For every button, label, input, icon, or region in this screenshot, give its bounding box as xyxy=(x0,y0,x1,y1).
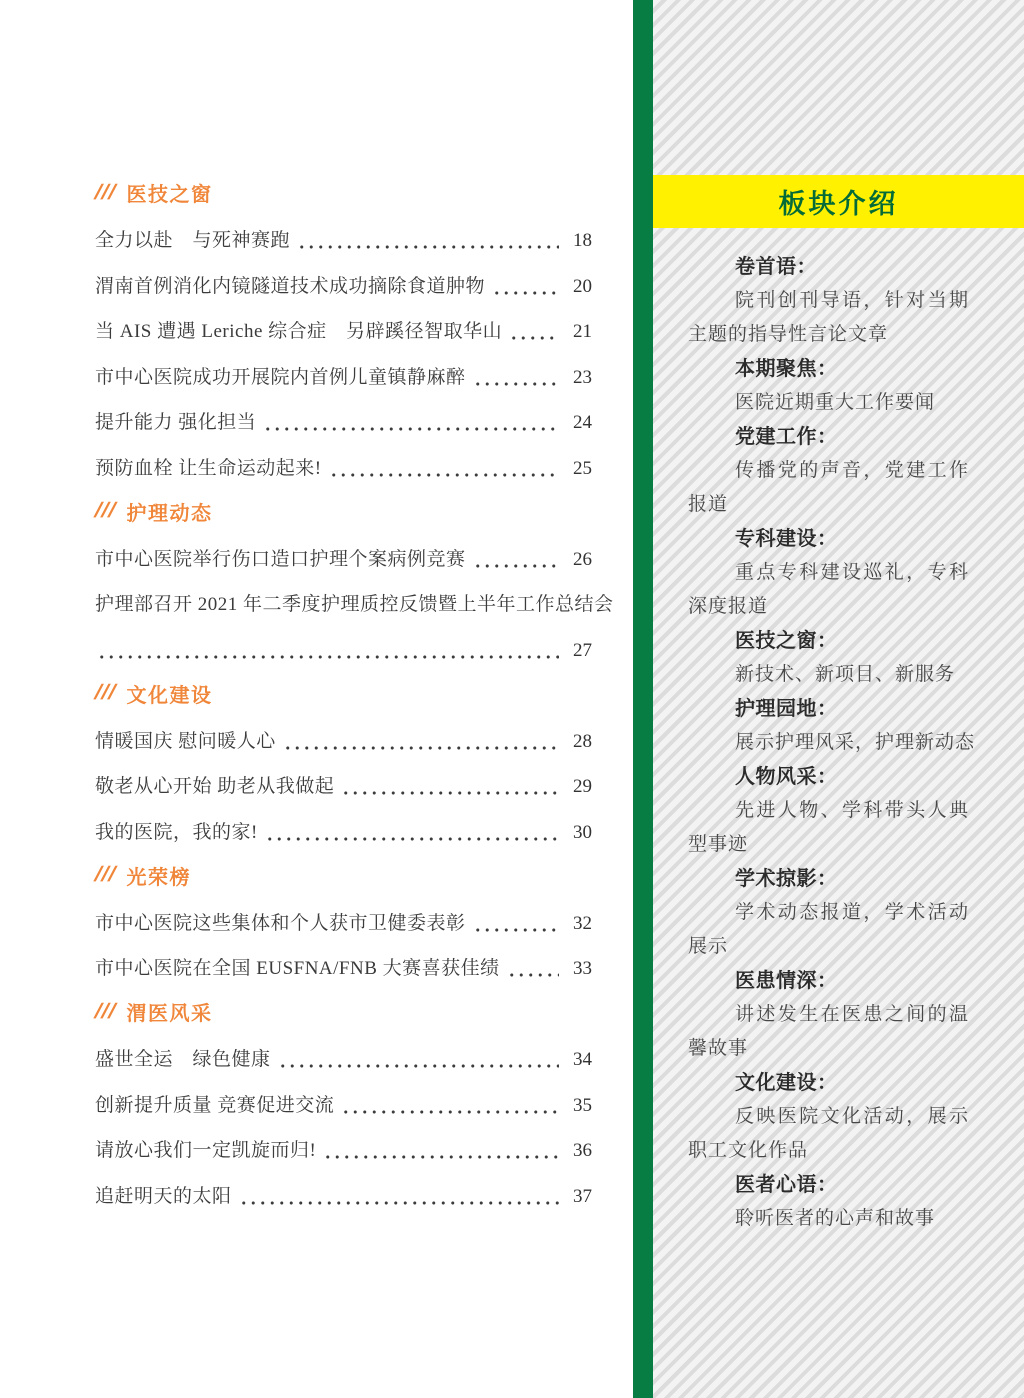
toc-section-header: /// 医技之窗 xyxy=(95,170,592,216)
panel-block: 卷首语： 院刊创刊导语，针对当期主题的指导性言论文章 xyxy=(688,250,968,352)
panel-desc-line: 聆听医者的心声和故事 xyxy=(688,1202,968,1236)
toc-item: 市中心医院成功开展院内首例儿童镇静麻醉 23 xyxy=(95,352,592,398)
toc-section-header: /// 护理动态 xyxy=(95,489,592,535)
toc-page-number: 29 xyxy=(562,776,592,799)
dot-leader xyxy=(297,245,559,249)
dot-leader xyxy=(329,473,559,477)
panel-block-desc: 重点专科建设巡礼，专科深度报道 xyxy=(688,556,968,624)
panel-block: 党建工作： 传播党的声音，党建工作报道 xyxy=(688,420,968,522)
toc-item-title: 护理部召开 2021 年二季度护理质控反馈暨上半年工作总结会 xyxy=(95,594,614,617)
toc-item: 敬老从心开始 助老从我做起 29 xyxy=(95,762,592,808)
toc-section-header: /// 光荣榜 xyxy=(95,853,592,899)
dot-leader xyxy=(507,973,559,977)
panel-desc-line: 医院近期重大工作要闻 xyxy=(688,386,968,420)
toc-page-number: 37 xyxy=(562,1186,592,1209)
toc-item: 渭南首例消化内镜隧道技术成功摘除食道肿物 20 xyxy=(95,261,592,307)
panel-block-desc: 展示护理风采，护理新动态 xyxy=(688,726,968,760)
dot-leader xyxy=(283,746,559,750)
toc-item: 我的医院，我的家! 30 xyxy=(95,807,592,853)
panel-block-heading: 医者心语： xyxy=(688,1168,968,1202)
toc-item-title: 追赶明天的太阳 xyxy=(95,1186,232,1209)
panel-block-heading: 文化建设： xyxy=(688,1066,968,1100)
dot-leader xyxy=(278,1064,559,1068)
toc-item-title: 创新提升质量 竞赛促进交流 xyxy=(95,1095,334,1118)
dot-leader xyxy=(97,655,559,659)
panel-desc-line: 报道 xyxy=(688,488,968,522)
panel-desc-line: 主题的指导性言论文章 xyxy=(688,318,968,352)
panel-desc-line: 学术动态报道，学术活动 xyxy=(688,896,968,930)
toc-page-number: 27 xyxy=(562,640,592,663)
panel-block-heading: 人物风采： xyxy=(688,760,968,794)
panel-block-heading: 党建工作： xyxy=(688,420,968,454)
toc-item: 请放心我们一定凯旋而归! 36 xyxy=(95,1126,592,1172)
toc-item-title: 敬老从心开始 助老从我做起 xyxy=(95,776,334,799)
toc-item: 市中心医院在全国 EUSFNA/FNB 大赛喜获佳绩 33 xyxy=(95,944,592,990)
toc-section-header: /// 文化建设 xyxy=(95,671,592,717)
panel-desc-line: 职工文化作品 xyxy=(688,1134,968,1168)
panel-block-desc: 传播党的声音，党建工作报道 xyxy=(688,454,968,522)
toc-page-number: 32 xyxy=(562,913,592,936)
toc-section-title: 渭医风采 xyxy=(127,997,213,1026)
dot-leader xyxy=(473,382,559,386)
toc-item: 情暖国庆 慰问暖人心 28 xyxy=(95,716,592,762)
toc-page-number: 30 xyxy=(562,822,592,845)
toc-page-number: 26 xyxy=(562,549,592,572)
toc-item: 市中心医院这些集体和个人获市卫健委表彰 32 xyxy=(95,898,592,944)
section-marker-slashes-icon: /// xyxy=(93,181,117,205)
toc-page-number: 35 xyxy=(562,1095,592,1118)
toc-item-title: 情暖国庆 慰问暖人心 xyxy=(95,731,276,754)
panel-desc-line: 讲述发生在医患之间的温 xyxy=(688,998,968,1032)
panel-desc-line: 先进人物、学科带头人典 xyxy=(688,794,968,828)
toc-item-wrapped-title: 护理部召开 2021 年二季度护理质控反馈暨上半年工作总结会 xyxy=(95,580,592,626)
toc-section-title: 护理动态 xyxy=(127,497,213,526)
panel-block-desc: 聆听医者的心声和故事 xyxy=(688,1202,968,1236)
panel-block-heading: 护理园地： xyxy=(688,692,968,726)
panel-block-heading: 医患情深： xyxy=(688,964,968,998)
toc-item: 当 AIS 遭遇 Leriche 综合症 另辟蹊径智取华山 21 xyxy=(95,307,592,353)
panel-block: 文化建设： 反映医院文化活动，展示职工文化作品 xyxy=(688,1066,968,1168)
dot-leader xyxy=(492,291,559,295)
panel-block-desc: 讲述发生在医患之间的温馨故事 xyxy=(688,998,968,1066)
toc-item-title: 市中心医院成功开展院内首例儿童镇静麻醉 xyxy=(95,367,466,390)
toc-item-title: 提升能力 强化担当 xyxy=(95,412,256,435)
panel-block: 人物风采： 先进人物、学科带头人典型事迹 xyxy=(688,760,968,862)
panel-block-desc: 先进人物、学科带头人典型事迹 xyxy=(688,794,968,862)
panel-block-heading: 专科建设： xyxy=(688,522,968,556)
toc-page-number: 24 xyxy=(562,412,592,435)
toc-section-title: 光荣榜 xyxy=(127,861,192,890)
panel-block: 护理园地： 展示护理风采，护理新动态 xyxy=(688,692,968,760)
dot-leader xyxy=(265,837,559,841)
toc-item: 预防血栓 让生命运动起来! 25 xyxy=(95,443,592,489)
toc-item-title: 市中心医院在全国 EUSFNA/FNB 大赛喜获佳绩 xyxy=(95,958,500,981)
dot-leader xyxy=(239,1201,559,1205)
panel-block-desc: 反映医院文化活动，展示职工文化作品 xyxy=(688,1100,968,1168)
table-of-contents: /// 医技之窗 全力以赴 与死神赛跑 18 渭南首例消化内镜隧道技术成功摘除食… xyxy=(95,170,592,1217)
toc-item-title: 当 AIS 遭遇 Leriche 综合症 另辟蹊径智取华山 xyxy=(95,321,502,344)
panel-block: 专科建设： 重点专科建设巡礼，专科深度报道 xyxy=(688,522,968,624)
toc-item: 全力以赴 与死神赛跑 18 xyxy=(95,216,592,262)
panel-block: 医患情深： 讲述发生在医患之间的温馨故事 xyxy=(688,964,968,1066)
dot-leader xyxy=(341,1110,559,1114)
panel-block-heading: 学术掠影： xyxy=(688,862,968,896)
toc-item-title: 请放心我们一定凯旋而归! xyxy=(95,1140,316,1163)
panel-block-desc: 新技术、新项目、新服务 xyxy=(688,658,968,692)
toc-section-title: 医技之窗 xyxy=(127,178,213,207)
toc-item-wrapped-pageline: 27 xyxy=(95,625,592,671)
panel-block-heading: 医技之窗： xyxy=(688,624,968,658)
panel-block: 医者心语： 聆听医者的心声和故事 xyxy=(688,1168,968,1236)
panel-title-banner: 板块介绍 xyxy=(653,175,1024,228)
panel-block: 学术掠影： 学术动态报道，学术活动展示 xyxy=(688,862,968,964)
toc-page-number: 36 xyxy=(562,1140,592,1163)
toc-page-number: 25 xyxy=(562,458,592,481)
panel-block-heading: 本期聚焦： xyxy=(688,352,968,386)
panel-block-heading: 卷首语： xyxy=(688,250,968,284)
dot-leader xyxy=(323,1155,559,1159)
panel-desc-line: 型事迹 xyxy=(688,828,968,862)
panel-desc-line: 馨故事 xyxy=(688,1032,968,1066)
toc-page-number: 21 xyxy=(562,321,592,344)
toc-item: 提升能力 强化担当 24 xyxy=(95,398,592,444)
panel-block-desc: 院刊创刊导语，针对当期主题的指导性言论文章 xyxy=(688,284,968,352)
section-marker-slashes-icon: /// xyxy=(93,863,117,887)
panel-block: 医技之窗： 新技术、新项目、新服务 xyxy=(688,624,968,692)
panel-desc-line: 展示护理风采，护理新动态 xyxy=(688,726,968,760)
panel-body: 卷首语： 院刊创刊导语，针对当期主题的指导性言论文章 本期聚焦： 医院近期重大工… xyxy=(688,250,968,1236)
toc-item-title: 预防血栓 让生命运动起来! xyxy=(95,458,322,481)
green-accent-stripe xyxy=(633,0,653,1398)
toc-item-title: 市中心医院这些集体和个人获市卫健委表彰 xyxy=(95,913,466,936)
toc-item-title: 市中心医院举行伤口造口护理个案病例竞赛 xyxy=(95,549,466,572)
toc-item-title: 我的医院，我的家! xyxy=(95,822,258,845)
section-marker-slashes-icon: /// xyxy=(93,499,117,523)
toc-page-number: 20 xyxy=(562,276,592,299)
section-marker-slashes-icon: /// xyxy=(93,1000,117,1024)
panel-desc-line: 院刊创刊导语，针对当期 xyxy=(688,284,968,318)
toc-item: 盛世全运 绿色健康 34 xyxy=(95,1035,592,1081)
panel-block-desc: 医院近期重大工作要闻 xyxy=(688,386,968,420)
toc-page-number: 28 xyxy=(562,731,592,754)
panel-desc-line: 展示 xyxy=(688,930,968,964)
panel-title: 板块介绍 xyxy=(779,182,899,221)
toc-page-number: 18 xyxy=(562,230,592,253)
toc-item: 市中心医院举行伤口造口护理个案病例竞赛 26 xyxy=(95,534,592,580)
toc-item-title: 盛世全运 绿色健康 xyxy=(95,1049,271,1072)
toc-item-title: 全力以赴 与死神赛跑 xyxy=(95,230,290,253)
toc-page-number: 34 xyxy=(562,1049,592,1072)
toc-page-number: 33 xyxy=(562,958,592,981)
dot-leader xyxy=(473,564,559,568)
toc-section-title: 文化建设 xyxy=(127,679,213,708)
dot-leader xyxy=(263,427,559,431)
panel-desc-line: 反映医院文化活动，展示 xyxy=(688,1100,968,1134)
panel-block: 本期聚焦： 医院近期重大工作要闻 xyxy=(688,352,968,420)
toc-item: 创新提升质量 竞赛促进交流 35 xyxy=(95,1080,592,1126)
dot-leader xyxy=(473,928,559,932)
section-marker-slashes-icon: /// xyxy=(93,681,117,705)
panel-desc-line: 重点专科建设巡礼，专科 xyxy=(688,556,968,590)
panel-desc-line: 深度报道 xyxy=(688,590,968,624)
toc-item-title: 渭南首例消化内镜隧道技术成功摘除食道肿物 xyxy=(95,276,485,299)
magazine-toc-page: /// 医技之窗 全力以赴 与死神赛跑 18 渭南首例消化内镜隧道技术成功摘除食… xyxy=(0,0,1024,1398)
dot-leader xyxy=(341,791,559,795)
panel-block-desc: 学术动态报道，学术活动展示 xyxy=(688,896,968,964)
dot-leader xyxy=(509,336,559,340)
toc-item: 追赶明天的太阳 37 xyxy=(95,1171,592,1217)
toc-section-header: /// 渭医风采 xyxy=(95,989,592,1035)
section-intro-panel: 板块介绍 卷首语： 院刊创刊导语，针对当期主题的指导性言论文章 本期聚焦： 医院… xyxy=(653,0,1024,1398)
toc-page-number: 23 xyxy=(562,367,592,390)
panel-desc-line: 传播党的声音，党建工作 xyxy=(688,454,968,488)
panel-desc-line: 新技术、新项目、新服务 xyxy=(688,658,968,692)
